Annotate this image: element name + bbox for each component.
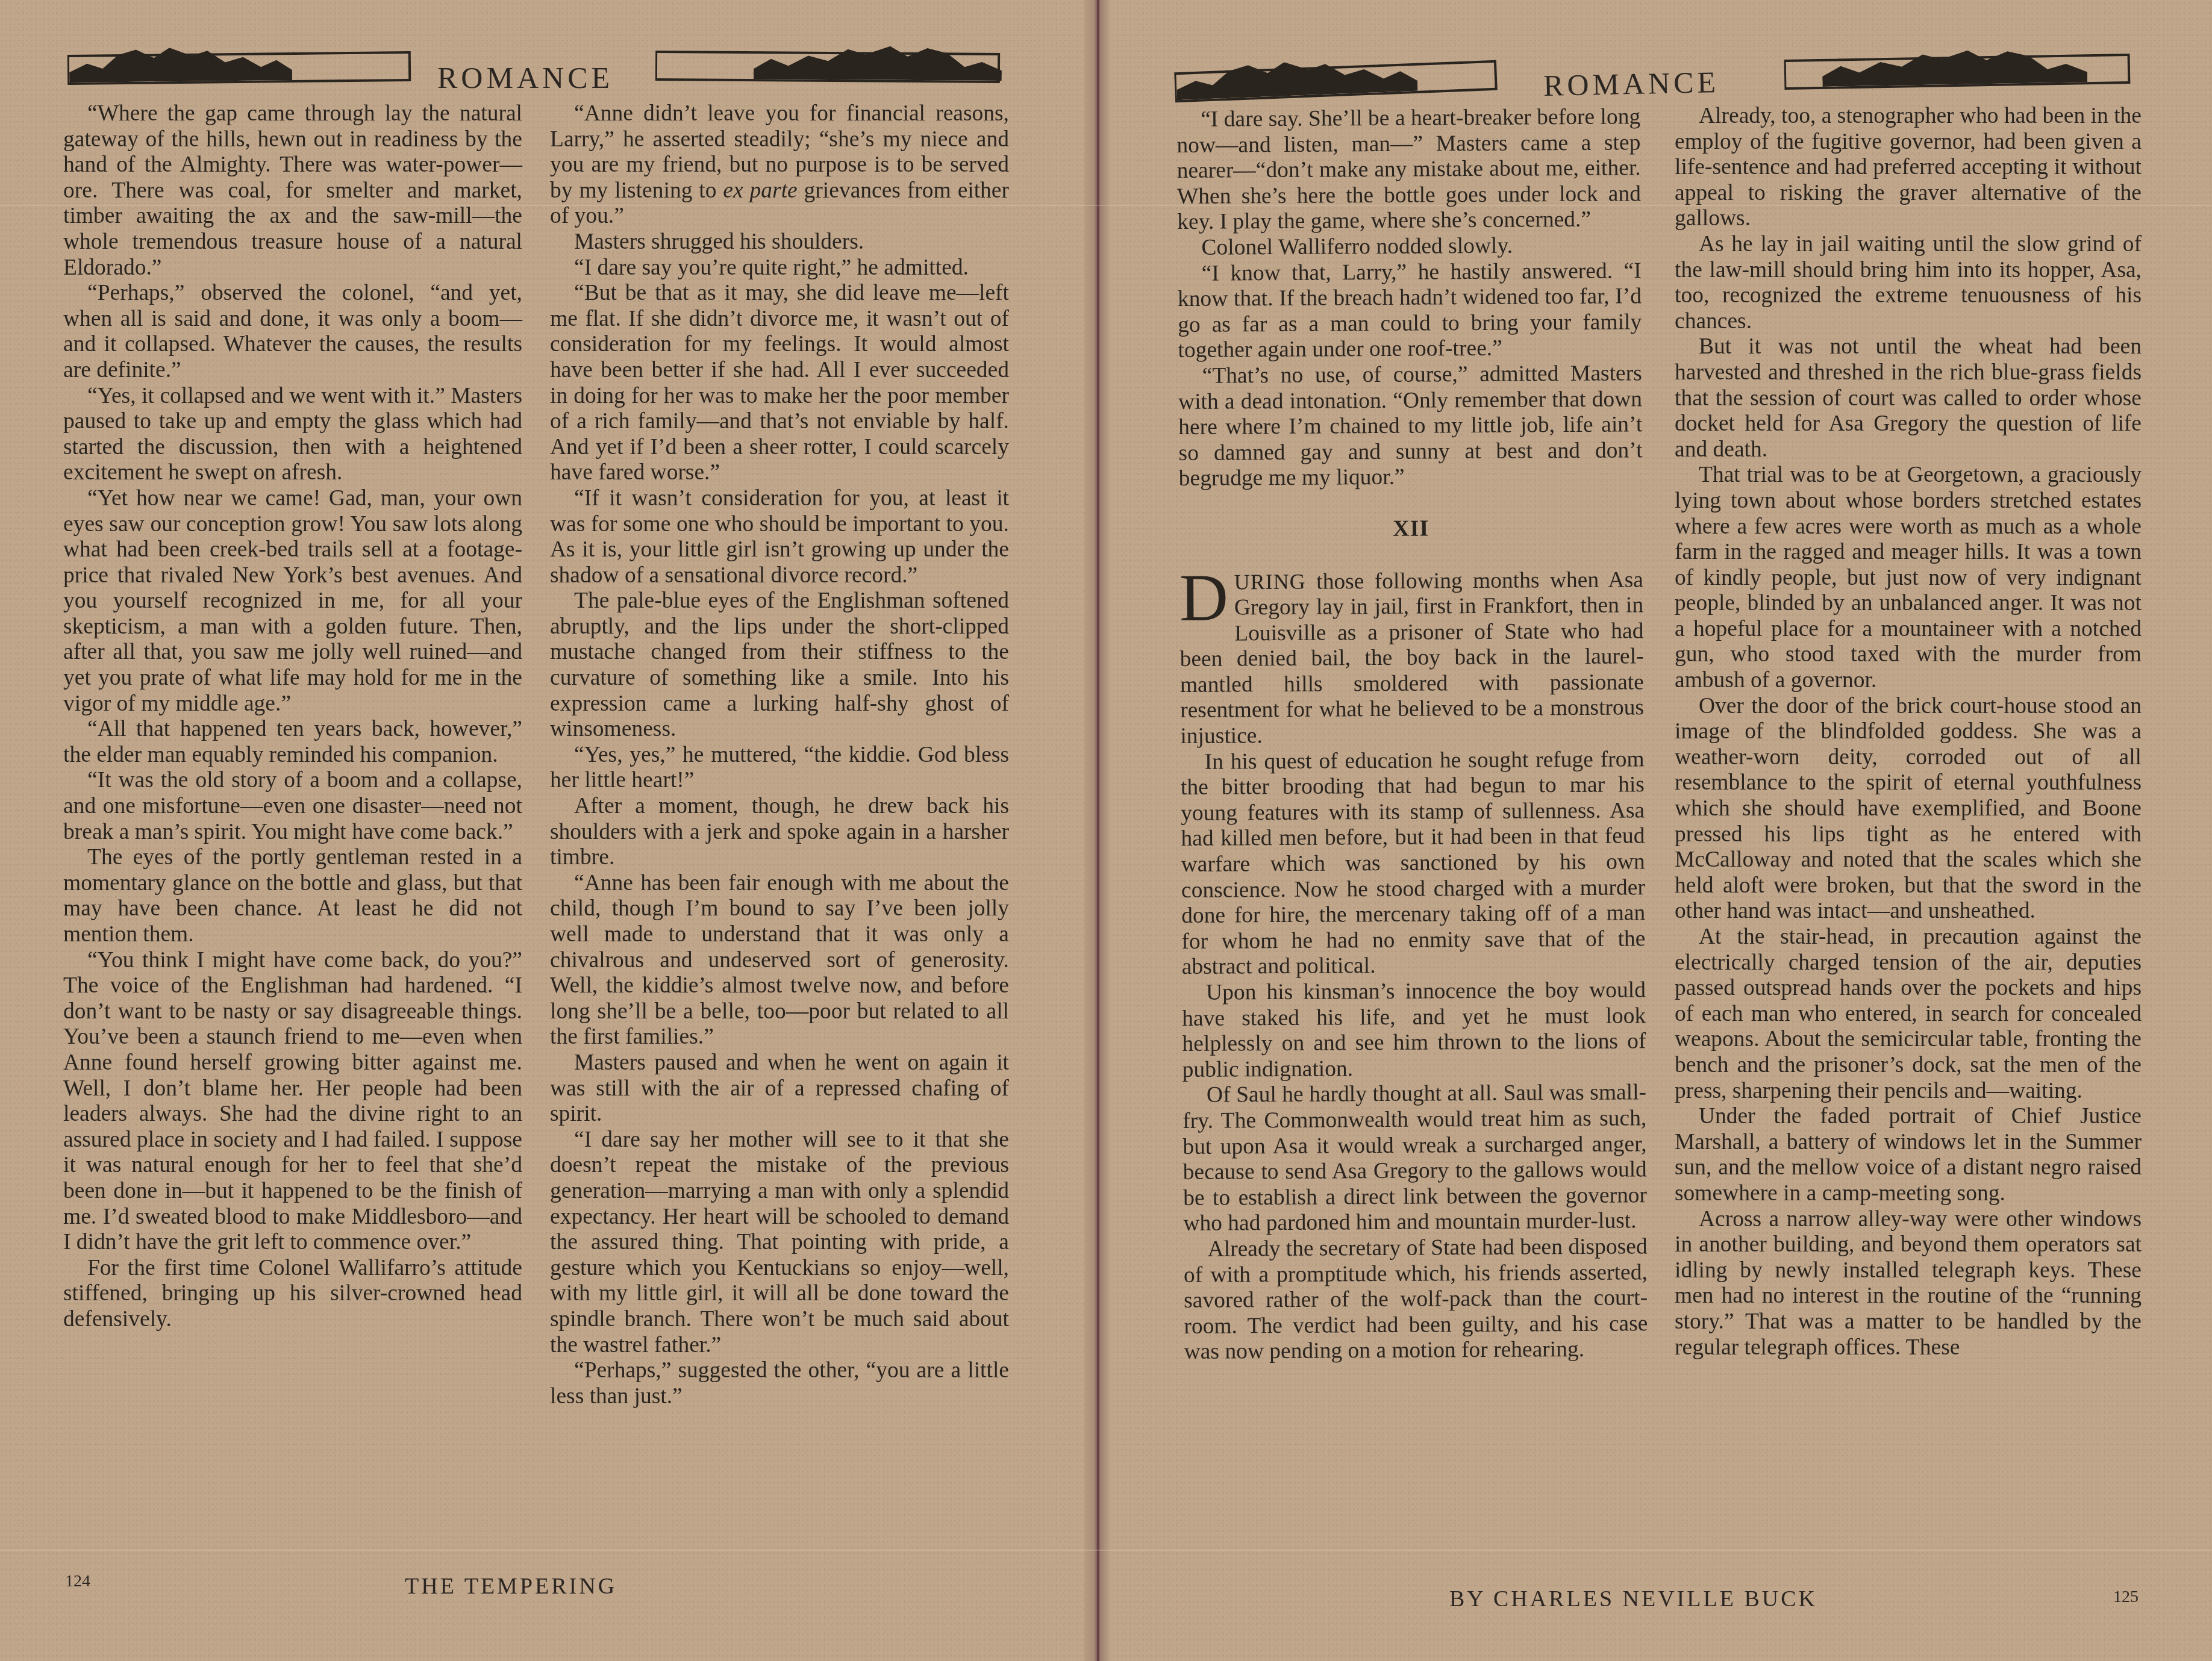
paragraph: “Where the gap came through lay the natu… [63,101,522,281]
paragraph: “If it wasn’t consideration for you, at … [550,486,1009,588]
paragraph: “I dare say you’re quite right,” he admi… [550,255,1009,281]
chapter-heading: XII [1179,514,1643,543]
header-ornament-right-icon [1784,54,2131,90]
paragraph: Colonel Walliferro nodded slowly. [1177,232,1641,261]
paragraph: “Perhaps,” observed the colonel, “and ye… [63,281,522,383]
header-ornament-left-icon [67,51,411,85]
page-number-right: 125 [2113,1588,2139,1607]
paragraph: That trial was to be at Georgetown, a gr… [1675,463,2142,693]
paragraph: Of Saul he hardly thought at all. Saul w… [1183,1080,1648,1237]
paragraph: “All that happened ten years back, howev… [63,717,522,768]
paragraph: Over the door of the brick court-house s… [1675,694,2142,924]
paragraph: “But be that as it may, she did leave me… [550,281,1009,486]
paragraph: As he lay in jail waiting until the slow… [1675,232,2142,334]
paragraph: Already the secretary of State had been … [1183,1234,1648,1365]
footer-author: BY CHARLES NEVILLE BUCK [1449,1586,1817,1612]
paragraph: Across a narrow alley-way were other win… [1675,1207,2142,1361]
paragraph: Masters paused and when he went on again… [550,1050,1009,1127]
paragraph: But it was not until the wheat had been … [1675,334,2142,463]
paragraph: “Anne has been fair enough with me about… [550,871,1009,1050]
right-page-column-1: “I dare say. She’ll be a heart-breaker b… [1176,104,1648,1365]
paragraph: “Anne didn’t leave you for financial rea… [550,101,1009,229]
book-gutter [1084,0,1111,1661]
left-page-column-2: “Anne didn’t leave you for financial rea… [550,101,1009,1409]
right-page-column-2: Already, too, a stenographer who had bee… [1675,104,2142,1360]
paragraph: Masters shrugged his shoulders. [550,229,1009,255]
footer-title: THE TEMPERING [405,1573,617,1600]
paragraph: “I dare say her mother will see to it th… [550,1127,1009,1358]
paragraph: Under the faded portrait of Chief Justic… [1675,1104,2142,1206]
paragraph: “Yet how near we came! Gad, man, your ow… [63,486,522,717]
chapter-opening-paragraph: DURING those following months when Asa G… [1179,567,1645,750]
left-page-column-1: “Where the gap came through lay the natu… [63,101,522,1333]
paragraph: For the first time Colonel Wallifarro’s … [63,1256,522,1333]
paragraph: “Perhaps,” suggested the other, “you are… [550,1358,1009,1409]
paragraph: The eyes of the portly gentleman rested … [63,845,522,947]
book-spread: ROMANCE “Where the gap came through lay … [0,0,2212,1661]
paragraph: After a moment, though, he drew back his… [550,794,1009,871]
paragraph: The pale-blue eyes of the Englishman sof… [550,588,1009,743]
paragraph: Already, too, a stenographer who had bee… [1675,104,2142,232]
paragraph: “Yes, yes,” he muttered, “the kiddie. Go… [550,743,1009,794]
paragraph: Upon his kinsman’s innocence the boy wou… [1182,977,1646,1083]
header-ornament-right-icon [655,51,1000,83]
running-head-left: ROMANCE [437,60,613,95]
paragraph: At the stair-head, in precaution against… [1675,924,2142,1104]
paragraph: “I dare say. She’ll be a heart-breaker b… [1176,104,1641,235]
paragraph: “You think I might have come back, do yo… [63,948,522,1256]
paragraph: “I know that, Larry,” he hastily answere… [1178,258,1642,364]
paragraph: “It was the old story of a boom and a co… [63,768,522,845]
paragraph: “That’s no use, of course,” admitted Mas… [1178,361,1643,492]
running-head-right: ROMANCE [1543,64,1719,103]
page-number-left: 124 [65,1572,90,1591]
drop-cap: D [1179,573,1228,622]
paragraph: “Yes, it collapsed and we went with it.”… [63,384,522,486]
paragraph: In his quest of education he sought refu… [1181,747,1646,980]
italic-phrase: ex parte [723,178,797,203]
scan-line [0,1550,2212,1551]
